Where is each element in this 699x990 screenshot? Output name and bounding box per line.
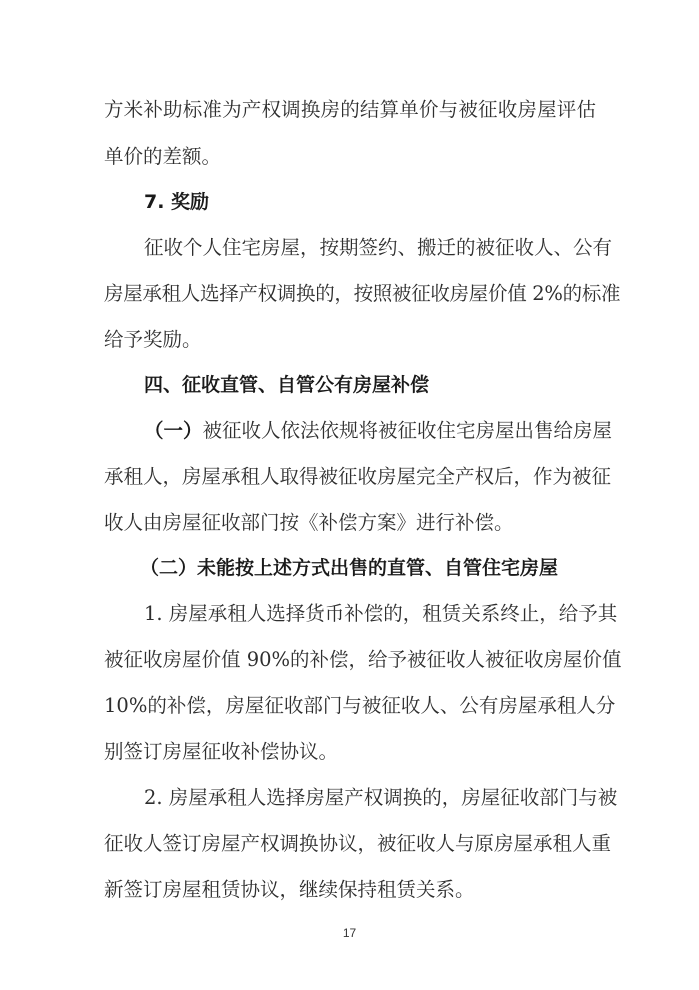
paragraph-line: （一）被征收人依法依规将被征收住宅房屋出售给房屋 bbox=[144, 419, 596, 443]
subsection-marker-1: （一） bbox=[144, 419, 203, 442]
section-heading-reward: 7. 奖励 bbox=[144, 190, 209, 214]
paragraph-line: 被征收房屋价值 90%的补偿，给予被征收人被征收房屋价值 bbox=[104, 648, 596, 672]
paragraph-line: 2. 房屋承租人选择房屋产权调换的，房屋征收部门与被 bbox=[144, 786, 596, 810]
paragraph-line: 别签订房屋征收补偿协议。 bbox=[104, 740, 596, 764]
paragraph-line: 新签订房屋租赁协议，继续保持租赁关系。 bbox=[104, 878, 596, 902]
paragraph-line: 收人由房屋征收部门按《补偿方案》进行补偿。 bbox=[104, 511, 596, 535]
paragraph-line: 单价的差额。 bbox=[104, 145, 596, 169]
paragraph-line: 10%的补偿，房屋征收部门与被征收人、公有房屋承租人分 bbox=[104, 694, 596, 718]
paragraph-line: 方米补助标准为产权调换房的结算单价与被征收房屋评估 bbox=[104, 98, 596, 122]
paragraph-line: 征收个人住宅房屋，按期签约、搬迁的被征收人、公有 bbox=[144, 236, 596, 260]
paragraph-line: 承租人，房屋承租人取得被征收房屋完全产权后，作为被征 bbox=[104, 465, 596, 489]
paragraph-text: 被征收人依法依规将被征收住宅房屋出售给房屋 bbox=[203, 419, 613, 442]
page-number: 17 bbox=[0, 926, 699, 940]
paragraph-line: 给予奖励。 bbox=[104, 328, 596, 352]
subsection-heading-2: （二）未能按上述方式出售的直管、自管住宅房屋 bbox=[140, 556, 558, 580]
paragraph-line: 房屋承租人选择产权调换的，按照被征收房屋价值 2%的标准 bbox=[104, 282, 596, 306]
paragraph-line: 征收人签订房屋产权调换协议，被征收人与原房屋承租人重 bbox=[104, 832, 596, 856]
paragraph-line: 1. 房屋承租人选择货币补偿的，租赁关系终止，给予其 bbox=[144, 602, 596, 626]
section-heading-public-housing: 四、征收直管、自管公有房屋补偿 bbox=[144, 373, 429, 397]
document-page: 方米补助标准为产权调换房的结算单价与被征收房屋评估 单价的差额。 7. 奖励 征… bbox=[0, 0, 699, 990]
